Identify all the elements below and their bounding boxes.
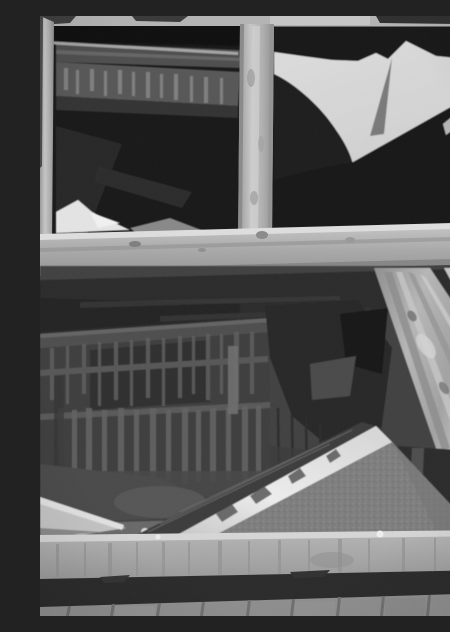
photo-canvas (40, 16, 450, 616)
vignette-overlay (40, 16, 450, 616)
photograph: Monochrome photograph looking through th… (40, 16, 450, 616)
